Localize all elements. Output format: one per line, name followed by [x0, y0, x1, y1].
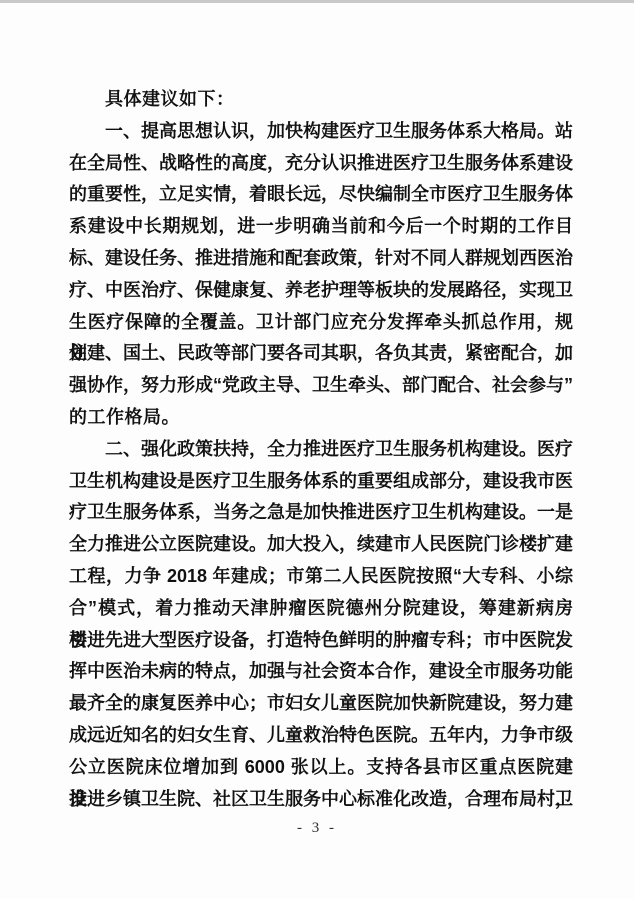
- text-line: 强协作，努力形成“党政主导、卫生牵头、部门配合、社会参与”: [69, 370, 573, 402]
- text-line: 系建设中长期规划，进一步明确当前和今后一个时期的工作目: [69, 211, 573, 243]
- text-line: 推进乡镇卫生院、社区卫生服务中心标准化改造，合理布局村卫: [69, 784, 573, 816]
- text-line: 最齐全的康复医养中心；市妇女儿童医院加快新院建设，努力建: [69, 688, 573, 720]
- text-line: 工程，力争 2018 年建成；市第二人民医院按照“大专科、小综: [69, 561, 573, 593]
- text-line: 标、建设任务、推进措施和配套政策，针对不同人群规划西医治: [69, 243, 573, 275]
- scan-edge-artifact: [0, 0, 634, 3]
- text-line: 疗卫生服务体系，当务之急是加快推进医疗卫生机构建设。一是: [69, 497, 573, 529]
- text-line: 公立医院床位增加到 6000 张以上。支持各县市区重点医院建设，: [69, 752, 573, 784]
- text-line: 生医疗保障的全覆盖。卫计部门应充分发挥牵头抓总作用，规划、: [69, 307, 573, 339]
- text-line: 挥中医治未病的特点，加强与社会资本合作，建设全市服务功能: [69, 656, 573, 688]
- text-line: 住建、国土、民政等部门要各司其职，各负其责，紧密配合，加: [69, 338, 573, 370]
- intro-line: 具体建议如下：: [69, 84, 573, 116]
- text-line: 引进先进大型医疗设备，打造特色鲜明的肿瘤专科；市中医院发: [69, 625, 573, 657]
- text-line: 一、提高思想认识，加快构建医疗卫生服务体系大格局。站: [69, 116, 573, 148]
- text-line: 疗、中医治疗、保健康复、养老护理等板块的发展路径，实现卫: [69, 275, 573, 307]
- page-number: - 3 -: [0, 820, 634, 837]
- text-line: 全力推进公立医院建设。加大投入，续建市人民医院门诊楼扩建: [69, 529, 573, 561]
- text-line: 在全局性、战略性的高度，充分认识推进医疗卫生服务体系建设: [69, 148, 573, 180]
- text-line: 成远近知名的妇女生育、儿童救治特色医院。五年内，力争市级: [69, 720, 573, 752]
- document-body: 具体建议如下： 一、提高思想认识，加快构建医疗卫生服务体系大格局。站 在全局性、…: [69, 84, 573, 815]
- text-line: 卫生机构建设是医疗卫生服务体系的重要组成部分，建设我市医: [69, 466, 573, 498]
- text-line: 的工作格局。: [69, 402, 573, 434]
- text-line: 二、强化政策扶持，全力推进医疗卫生服务机构建设。医疗: [69, 434, 573, 466]
- text-line: 合”模式，着力推动天津肿瘤医院德州分院建设，筹建新病房楼，: [69, 593, 573, 625]
- text-line: 的重要性，立足实情，着眼长远，尽快编制全市医疗卫生服务体: [69, 179, 573, 211]
